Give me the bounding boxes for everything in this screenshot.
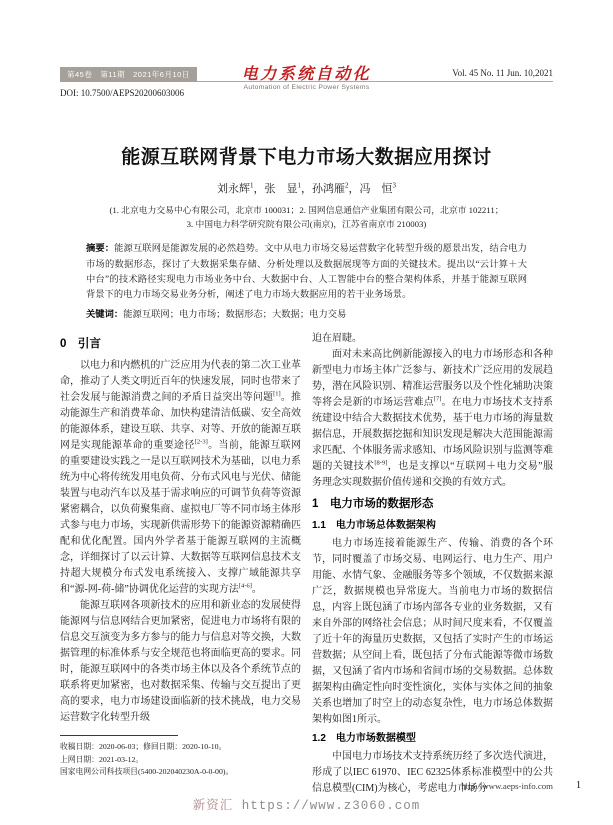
abstract-label: 摘要： <box>86 243 114 253</box>
footnote-fund: 国家电网公司科技项目(5400-202040230A-0-0-00)。 <box>60 766 301 779</box>
two-column-body: 0 引言 以电力和内燃机的广泛应用为代表的第二次工业革命，推动了人类文明近百年的… <box>60 331 553 797</box>
watermark: 新资汇 https://www.z3060.com <box>0 795 613 813</box>
watermark-url: https://www.z3060.com <box>242 799 421 813</box>
affiliations: (1. 北京电力交易中心有限公司，北京市 100031；2. 国网信息通信产业集… <box>60 203 553 231</box>
right-column: 迫在眉睫。 面对未来高比例新能源接入的电力市场形态和各种新型电力市场主体广泛参与… <box>312 331 553 797</box>
keywords: 关键词：能源互联网；电力市场；数据形态；大数据；电力交易 <box>86 307 527 323</box>
keywords-text: 能源互联网；电力市场；数据形态；大数据；电力交易 <box>123 310 346 320</box>
keywords-label: 关键词： <box>86 309 123 319</box>
affiliation-line-2: 3. 中国电力科学研究院有限公司(南京)，江苏省南京市 210003) <box>60 217 553 231</box>
journal-subtitle: Automation of Electric Power Systems <box>60 84 553 91</box>
abstract-text: 能源互联网是能源发展的必然趋势。文中从电力市场交易运营数字化转型升级的愿景出发，… <box>86 244 527 300</box>
page-number: 1 <box>576 780 581 791</box>
journal-page: 第45卷 第11期 2021年6月10日 DOI: 10.7500/AEPS20… <box>0 0 613 825</box>
intro-paragraph-1: 以电力和内燃机的广泛应用为代表的第二次工业革命，推动了人类文明近百年的快速发展，… <box>60 358 301 598</box>
abstract: 摘要：能源互联网是能源发展的必然趋势。文中从电力市场交易运营数字化转型升级的愿景… <box>86 241 527 304</box>
section-1-heading: 1 电力市场的数据形态 <box>312 495 553 513</box>
page-header: 第45卷 第11期 2021年6月10日 DOI: 10.7500/AEPS20… <box>60 64 553 110</box>
section-1-2-heading: 1.2 电力市场数据模型 <box>312 731 553 747</box>
footnote-block: 收稿日期：2020-06-03；修回日期：2020-10-10。 上网日期：20… <box>60 741 301 779</box>
footnote-rule <box>60 735 178 736</box>
watermark-brand: 新资汇 <box>193 799 234 813</box>
section-1-1-paragraph: 电力市场连接着能源生产、传输、消费的各个环节，同时覆盖了市场交易、电网运行、电力… <box>312 536 553 728</box>
footnote-received-date: 收稿日期：2020-06-03；修回日期：2020-10-10。 <box>60 741 301 754</box>
article-title: 能源互联网背景下电力市场大数据应用探讨 <box>60 142 553 169</box>
continuation-text: 迫在眉睫。 <box>312 331 553 347</box>
article-body: 能源互联网背景下电力市场大数据应用探讨 刘永辉1，张 显1，孙鸿雁2，冯 恒3 … <box>60 142 553 797</box>
footnote-online-date: 上网日期：2021-03-12。 <box>60 754 301 767</box>
author-line: 刘永辉1，张 显1，孙鸿雁2，冯 恒3 <box>60 180 553 196</box>
section-1-1-heading: 1.1 电力市场总体数据架构 <box>312 518 553 534</box>
left-column: 0 引言 以电力和内燃机的广泛应用为代表的第二次工业革命，推动了人类文明近百年的… <box>60 331 301 797</box>
footer-journal-url: http://www.aeps-info.com <box>461 781 553 791</box>
affiliation-line-1: (1. 北京电力交易中心有限公司，北京市 100031；2. 国网信息通信产业集… <box>60 203 553 217</box>
section-0-heading: 0 引言 <box>60 335 301 353</box>
intro-paragraph-2: 能源互联网各项新技术的应用和新业态的发展使得能源网与信息网结合更加紧密，促进电力… <box>60 598 301 726</box>
paragraph-3: 面对未来高比例新能源接入的电力市场形态和各种新型电力市场主体广泛参与、新技术广泛… <box>312 347 553 491</box>
volume-info: Vol. 45 No. 11 Jun. 10,2021 <box>452 68 553 78</box>
